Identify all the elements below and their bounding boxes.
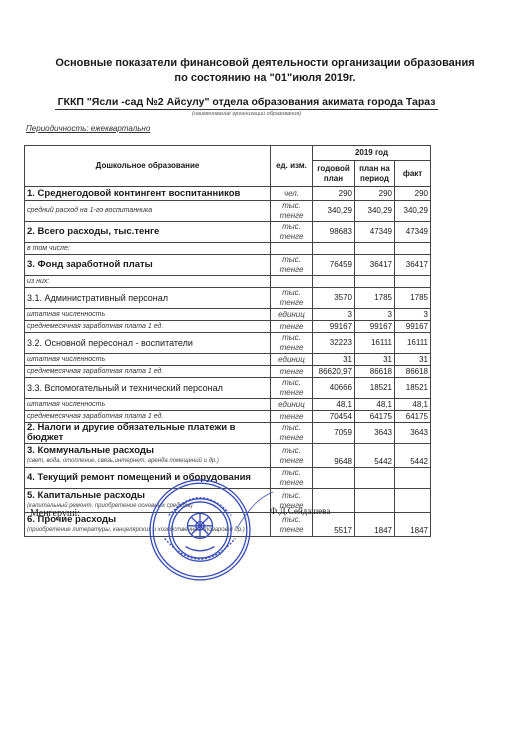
row-label: 3. Коммунальные расходы(свет, вода, отоп… (25, 444, 271, 468)
row-title: среднемесячная заработная плата 1 ед. (27, 323, 163, 330)
row-label: 3. Фонд заработной платы (25, 255, 271, 276)
cell-fact (395, 276, 431, 288)
row-unit: тыс. тенге (271, 444, 313, 468)
cell-period-plan: 64175 (355, 411, 395, 423)
row-label: среднемесячная заработная плата 1 ед. (25, 411, 271, 423)
cell-annual-plan: 7059 (313, 423, 355, 444)
table-row: 3. Фонд заработной платытыс. тенге764593… (25, 255, 431, 276)
table-row: 3.2. Основной пересонал - воспитателитыс… (25, 333, 431, 354)
row-title: в том числе: (27, 245, 70, 252)
table-row: в том числе: (25, 243, 431, 255)
cell-fact (395, 489, 431, 513)
signature-icon (235, 490, 275, 530)
cell-annual-plan: 3 (313, 309, 355, 321)
cell-fact: 31 (395, 354, 431, 366)
cell-period-plan (355, 468, 395, 489)
cell-annual-plan: 9648 (313, 444, 355, 468)
cell-annual-plan: 76459 (313, 255, 355, 276)
cell-period-plan: 3 (355, 309, 395, 321)
row-unit: тыс. тенге (271, 222, 313, 243)
cell-period-plan: 48,1 (355, 399, 395, 411)
cell-period-plan: 18521 (355, 378, 395, 399)
table-row: штатная численностьединиц333 (25, 309, 431, 321)
row-label: из них: (25, 276, 271, 288)
row-unit: чел. (271, 187, 313, 201)
header-year: 2019 год (313, 146, 431, 161)
table-row: среднемесячная заработная плата 1 ед.тен… (25, 411, 431, 423)
row-title: 3.2. Основной пересонал - воспитатели (27, 338, 193, 348)
cell-period-plan: 1847 (355, 513, 395, 537)
cell-fact: 3 (395, 309, 431, 321)
row-label: штатная численность (25, 354, 271, 366)
cell-period-plan: 36417 (355, 255, 395, 276)
row-label: среднемесячная заработная плата 1 ед. (25, 321, 271, 333)
row-unit: единиц (271, 309, 313, 321)
cell-annual-plan: 86620,97 (313, 366, 355, 378)
header-annual-plan: годовой план (313, 161, 355, 187)
table-row: штатная численностьединиц48,148,148,1 (25, 399, 431, 411)
cell-fact: 340,29 (395, 201, 431, 222)
cell-annual-plan: 70454 (313, 411, 355, 423)
cell-fact: 86618 (395, 366, 431, 378)
row-unit: тыс. тенге (271, 423, 313, 444)
cell-period-plan: 86618 (355, 366, 395, 378)
cell-annual-plan: 3570 (313, 288, 355, 309)
row-label: 1. Среднегодовой контингент воспитаннико… (25, 187, 271, 201)
row-title: штатная численность (27, 401, 105, 408)
cell-annual-plan: 5517 (313, 513, 355, 537)
row-title: 2. Налоги и другие обязательные платежи … (27, 423, 236, 444)
row-unit: тыс. тенге (271, 468, 313, 489)
cell-fact: 3643 (395, 423, 431, 444)
row-title: 3.1. Административный персонал (27, 293, 168, 303)
row-unit: тенге (271, 411, 313, 423)
table-row: среднемесячная заработная плата 1 ед.тен… (25, 321, 431, 333)
cell-period-plan: 16111 (355, 333, 395, 354)
row-unit: тыс. тенге (271, 378, 313, 399)
cell-annual-plan (313, 468, 355, 489)
cell-annual-plan: 98683 (313, 222, 355, 243)
table-row: 3. Коммунальные расходы(свет, вода, отоп… (25, 444, 431, 468)
cell-fact: 290 (395, 187, 431, 201)
cell-annual-plan: 99167 (313, 321, 355, 333)
title-line-1: Основные показатели финансовой деятельно… (40, 56, 490, 71)
cell-fact: 36417 (395, 255, 431, 276)
row-unit: тыс. тенге (271, 288, 313, 309)
page-title: Основные показатели финансовой деятельно… (40, 56, 490, 86)
row-label: 3.1. Административный персонал (25, 288, 271, 309)
row-title: 2. Всего расходы, тыс.тенге (27, 226, 159, 237)
cell-fact: 16111 (395, 333, 431, 354)
row-label: 3.2. Основной пересонал - воспитатели (25, 333, 271, 354)
cell-annual-plan: 32223 (313, 333, 355, 354)
table-row: 3.3. Вспомогательный и технический персо… (25, 378, 431, 399)
cell-fact (395, 468, 431, 489)
row-unit: тенге (271, 321, 313, 333)
organization-caption: (наименование организации образования) (55, 111, 438, 117)
row-title: 5. Капитальные расходы (27, 490, 145, 501)
row-title: среднемесячная заработная плата 1 ед. (27, 368, 163, 375)
row-label: штатная численность (25, 399, 271, 411)
cell-period-plan: 31 (355, 354, 395, 366)
row-title: 3. Фонд заработной платы (27, 259, 153, 270)
row-title: штатная численность (27, 311, 105, 318)
cell-fact: 64175 (395, 411, 431, 423)
cell-annual-plan (313, 276, 355, 288)
cell-period-plan (355, 243, 395, 255)
cell-annual-plan (313, 243, 355, 255)
cell-period-plan: 1785 (355, 288, 395, 309)
cell-period-plan: 47349 (355, 222, 395, 243)
row-title: из них: (27, 278, 49, 285)
row-title: штатная численность (27, 356, 105, 363)
cell-period-plan: 290 (355, 187, 395, 201)
table-row: средний расход на 1-го воспитанникатыс. … (25, 201, 431, 222)
row-title: 1. Среднегодовой контингент воспитаннико… (27, 188, 240, 199)
table-row: из них: (25, 276, 431, 288)
cell-fact (395, 243, 431, 255)
row-title: 3.3. Вспомогательный и технический персо… (27, 383, 223, 393)
row-unit: тыс. тенге (271, 513, 313, 537)
row-unit: тенге (271, 366, 313, 378)
cell-annual-plan: 290 (313, 187, 355, 201)
organization-name: ГККП "Ясли -сад №2 Айсулу" отдела образо… (55, 96, 438, 110)
table-row: штатная численностьединиц313131 (25, 354, 431, 366)
row-unit (271, 276, 313, 288)
cell-annual-plan: 40666 (313, 378, 355, 399)
table-row: 2. Налоги и другие обязательные платежи … (25, 423, 431, 444)
row-label: 2. Всего расходы, тыс.тенге (25, 222, 271, 243)
position-label: Меңгеруші: (30, 508, 80, 519)
header-unit: ед. изм. (271, 146, 313, 187)
row-unit: единиц (271, 354, 313, 366)
title-line-2: по состоянию на "01"июля 2019г. (40, 71, 490, 86)
row-title: среднемесячная заработная плата 1 ед. (27, 413, 163, 420)
cell-fact: 18521 (395, 378, 431, 399)
row-title: средний расход на 1-го воспитанника (27, 207, 152, 214)
row-label: 2. Налоги и другие обязательные платежи … (25, 423, 271, 444)
row-label: в том числе: (25, 243, 271, 255)
table-row: среднемесячная заработная плата 1 ед.тен… (25, 366, 431, 378)
row-label: 3.3. Вспомогательный и технический персо… (25, 378, 271, 399)
header-preschool-education: Дошкольное образование (25, 146, 271, 187)
table-row: 3.1. Административный персоналтыс. тенге… (25, 288, 431, 309)
row-subtitle: (свет, вода, отопление, связь,интернет, … (27, 456, 268, 466)
cell-annual-plan: 31 (313, 354, 355, 366)
row-label: среднемесячная заработная плата 1 ед. (25, 366, 271, 378)
table-row: 1. Среднегодовой контингент воспитаннико… (25, 187, 431, 201)
cell-fact: 1785 (395, 288, 431, 309)
row-unit: тыс. тенге (271, 333, 313, 354)
cell-period-plan: 5442 (355, 444, 395, 468)
row-unit: единиц (271, 399, 313, 411)
cell-period-plan (355, 276, 395, 288)
cell-period-plan: 99167 (355, 321, 395, 333)
table-row: 2. Всего расходы, тыс.тенгетыс. тенге986… (25, 222, 431, 243)
cell-period-plan (355, 489, 395, 513)
cell-annual-plan: 48,1 (313, 399, 355, 411)
cell-period-plan: 3643 (355, 423, 395, 444)
row-title: 3. Коммунальные расходы (27, 445, 154, 456)
row-unit (271, 243, 313, 255)
row-label: средний расход на 1-го воспитанника (25, 201, 271, 222)
cell-fact: 1847 (395, 513, 431, 537)
row-unit: тыс. тенге (271, 201, 313, 222)
signatory-name: Ф.Д.Сейдашева (270, 506, 330, 516)
cell-fact: 5442 (395, 444, 431, 468)
cell-fact: 99167 (395, 321, 431, 333)
header-fact: факт (395, 161, 431, 187)
cell-fact: 47349 (395, 222, 431, 243)
periodicity: Периодичность: ежеквартально (26, 124, 150, 133)
cell-period-plan: 340,29 (355, 201, 395, 222)
row-label: штатная численность (25, 309, 271, 321)
row-unit: тыс. тенге (271, 255, 313, 276)
header-period-plan: план на период (355, 161, 395, 187)
cell-annual-plan: 340,29 (313, 201, 355, 222)
cell-fact: 48,1 (395, 399, 431, 411)
